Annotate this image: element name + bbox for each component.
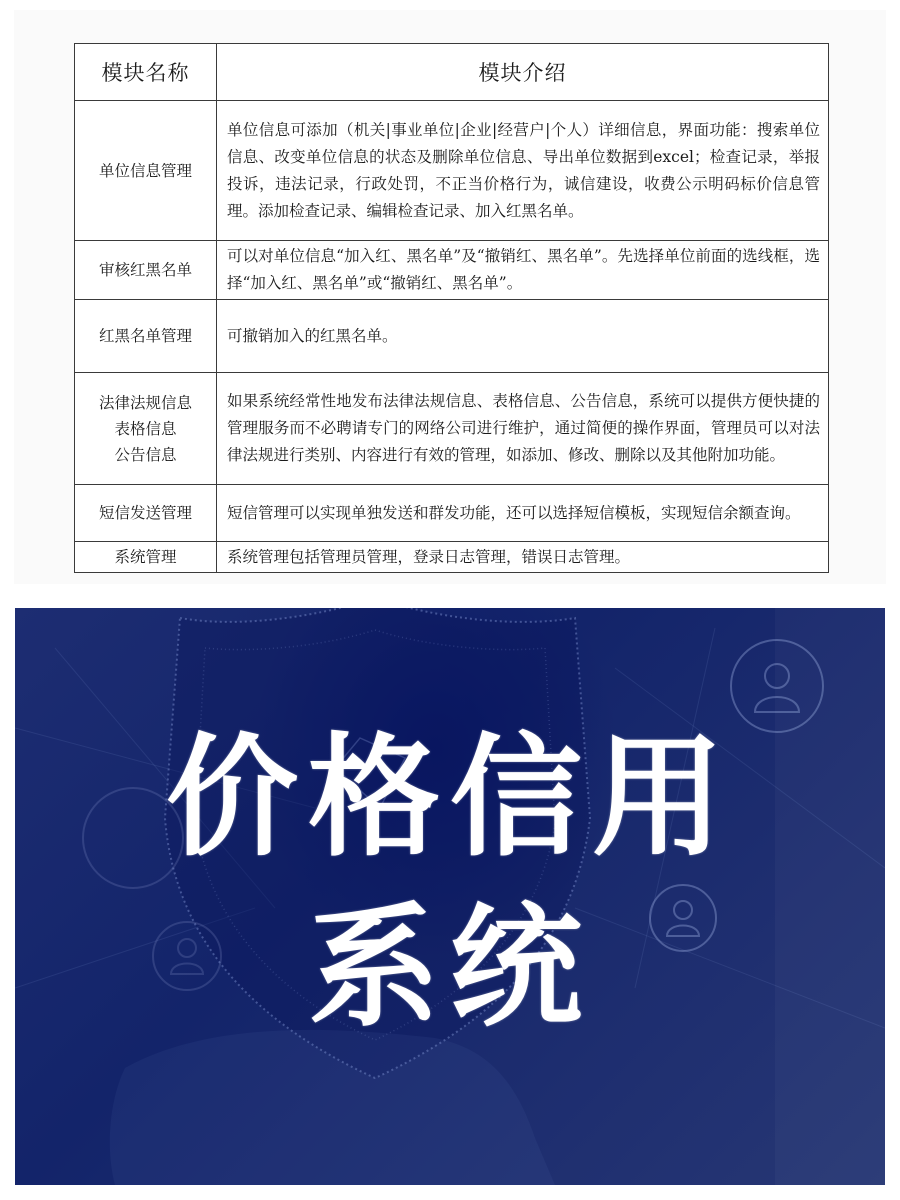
module-name: 审核红黑名单 (79, 257, 212, 283)
table-header-row: 模块名称 模块介绍 (75, 44, 829, 101)
module-name: 红黑名单管理 (79, 323, 212, 349)
banner-title-line1: 价格信用 (15, 723, 885, 873)
module-name-cell: 红黑名单管理 (75, 300, 217, 373)
module-name: 法律法规信息 (79, 390, 212, 416)
module-table: 模块名称 模块介绍 单位信息管理 单位信息可添加（机关|事业单位|企业|经营户|… (74, 43, 829, 573)
table-row: 审核红黑名单 可以对单位信息“加入红、黑名单”及“撤销红、黑名单”。先选择单位前… (75, 241, 829, 300)
module-description: 短信管理可以实现单独发送和群发功能，还可以选择短信模板，实现短信余额查询。 (217, 485, 829, 542)
table-row: 法律法规信息 表格信息 公告信息 如果系统经常性地发布法律法规信息、表格信息、公… (75, 373, 829, 485)
hand-icon (110, 1030, 555, 1185)
price-credit-banner: 价格信用 系统 (15, 608, 885, 1185)
module-name: 系统管理 (79, 545, 212, 569)
module-description: 可撤销加入的红黑名单。 (217, 300, 829, 373)
header-module-name: 模块名称 (75, 44, 217, 101)
module-description: 系统管理包括管理员管理，登录日志管理，错误日志管理。 (217, 542, 829, 573)
module-name-cell: 短信发送管理 (75, 485, 217, 542)
header-module-intro: 模块介绍 (217, 44, 829, 101)
module-name-cell: 法律法规信息 表格信息 公告信息 (75, 373, 217, 485)
module-name: 公告信息 (79, 442, 212, 468)
module-description: 可以对单位信息“加入红、黑名单”及“撤销红、黑名单”。先选择单位前面的选线框，选… (217, 241, 829, 300)
module-name: 单位信息管理 (79, 158, 212, 184)
table-row: 系统管理 系统管理包括管理员管理，登录日志管理，错误日志管理。 (75, 542, 829, 573)
module-description: 单位信息可添加（机关|事业单位|企业|经营户|个人）详细信息，界面功能：搜索单位… (217, 101, 829, 241)
module-name: 表格信息 (79, 416, 212, 442)
table-row: 红黑名单管理 可撤销加入的红黑名单。 (75, 300, 829, 373)
table-row: 短信发送管理 短信管理可以实现单独发送和群发功能，还可以选择短信模板，实现短信余… (75, 485, 829, 542)
module-description: 如果系统经常性地发布法律法规信息、表格信息、公告信息，系统可以提供方便快捷的管理… (217, 373, 829, 485)
module-name-cell: 系统管理 (75, 542, 217, 573)
module-name-cell: 单位信息管理 (75, 101, 217, 241)
module-name-cell: 审核红黑名单 (75, 241, 217, 300)
banner-title-line2: 系统 (15, 893, 885, 1043)
table-row: 单位信息管理 单位信息可添加（机关|事业单位|企业|经营户|个人）详细信息，界面… (75, 101, 829, 241)
module-name: 短信发送管理 (79, 500, 212, 526)
